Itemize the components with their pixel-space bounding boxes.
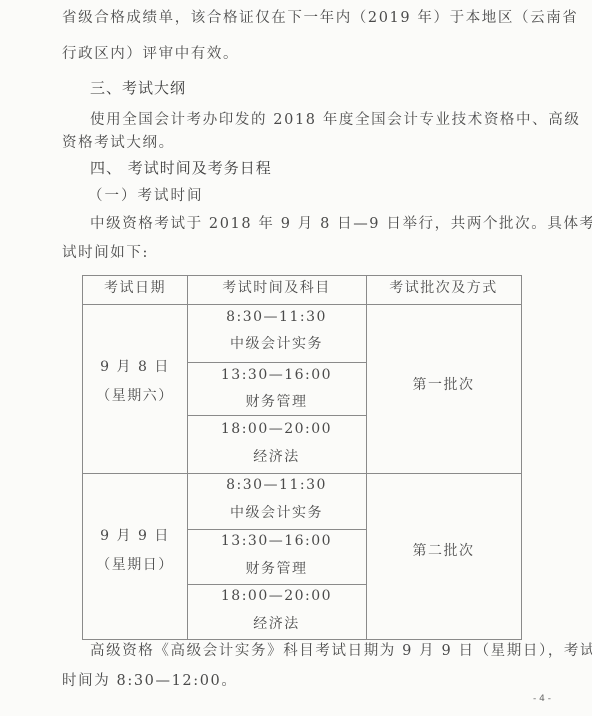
paragraph-line: 省级合格成绩单，该合格证仅在下一年内（2019 年）于本地区（云南省 bbox=[62, 8, 578, 28]
table-cell-subject: 经济法 bbox=[187, 614, 366, 634]
table-divider bbox=[187, 529, 366, 530]
section-heading-outline: 三、考试大纲 bbox=[90, 78, 186, 98]
paragraph-line: 资格考试大纲。 bbox=[62, 133, 175, 153]
table-cell-subject: 中级会计实务 bbox=[187, 503, 366, 523]
table-cell-subject: 中级会计实务 bbox=[187, 334, 366, 354]
paragraph-line: 使用全国会计考办印发的 2018 年度全国会计专业技术资格中、高级 bbox=[90, 110, 580, 130]
table-header-date: 考试日期 bbox=[83, 278, 187, 298]
table-cell-time: 8:30—11:30 bbox=[187, 307, 366, 327]
table-cell-time: 18:00—20:00 bbox=[187, 419, 366, 439]
table-cell-date: 9 月 8 日 bbox=[83, 357, 187, 377]
table-cell-time: 13:30—16:00 bbox=[187, 365, 366, 385]
table-cell-subject: 财务管理 bbox=[187, 559, 366, 579]
paragraph-line: 高级资格《高级会计实务》科目考试日期为 9 月 9 日（星期日），考试 bbox=[90, 641, 592, 661]
table-cell-date: 9 月 9 日 bbox=[83, 526, 187, 546]
section-heading-schedule: 四、 考试时间及考务日程 bbox=[90, 158, 272, 178]
table-cell-subject: 财务管理 bbox=[187, 392, 366, 412]
paragraph-line: 试时间如下: bbox=[62, 243, 149, 263]
table-header-batch: 考试批次及方式 bbox=[366, 278, 521, 298]
table-cell-time: 8:30—11:30 bbox=[187, 475, 366, 495]
paragraph-line: 中级资格考试于 2018 年 9 月 8 日—9 日举行，共两个批次。具体考 bbox=[90, 214, 592, 234]
table-divider bbox=[83, 473, 521, 474]
table-cell-subject: 经济法 bbox=[187, 447, 366, 467]
table-header-time-subject: 考试时间及科目 bbox=[187, 278, 366, 298]
table-divider bbox=[187, 415, 366, 416]
table-divider bbox=[187, 584, 366, 585]
table-divider bbox=[366, 276, 367, 639]
paragraph-line: 行政区内）评审中有效。 bbox=[62, 44, 239, 64]
table-cell-batch: 第一批次 bbox=[366, 375, 521, 395]
table-cell-time: 18:00—20:00 bbox=[187, 586, 366, 606]
table-cell-time: 13:30—16:00 bbox=[187, 531, 366, 551]
table-cell-batch: 第二批次 bbox=[366, 541, 521, 561]
exam-schedule-table: 考试日期 考试时间及科目 考试批次及方式 9 月 8 日 （星期六） 8:30—… bbox=[82, 275, 522, 640]
paragraph-line: 时间为 8:30—12:00。 bbox=[62, 671, 237, 691]
table-cell-weekday: （星期日） bbox=[83, 555, 187, 575]
subsection-heading-exam-time: （一）考试时间 bbox=[88, 186, 204, 206]
table-divider bbox=[187, 362, 366, 363]
page-number: - 4 - bbox=[533, 694, 551, 704]
table-cell-weekday: （星期六） bbox=[83, 386, 187, 406]
table-divider bbox=[83, 304, 521, 305]
